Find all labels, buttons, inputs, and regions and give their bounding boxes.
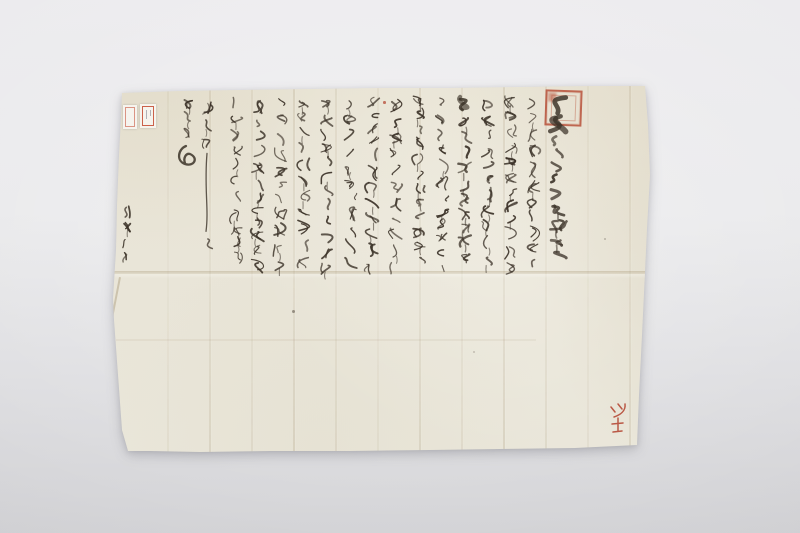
calligraphy-column — [273, 99, 287, 276]
calligraphy-column — [504, 96, 517, 274]
label-text-line — [150, 110, 151, 116]
paper-speck — [473, 351, 475, 353]
paper-crease — [545, 86, 547, 452]
paper-crease — [503, 86, 505, 452]
diagonal-crease — [85, 277, 120, 450]
red-catalog-mark — [611, 404, 625, 432]
horizontal-fold-line — [113, 271, 650, 274]
calligraphy-column — [184, 100, 192, 138]
paper-speck — [292, 310, 295, 313]
paper-crease — [461, 86, 463, 452]
paper-top-tint — [0, 86, 800, 276]
calligraphy-column — [388, 99, 402, 273]
red-seal-stamp — [544, 89, 582, 126]
paper-crease — [335, 86, 337, 452]
calligraphy-column — [202, 102, 213, 248]
label-text-line — [146, 110, 147, 119]
faint-fold-line — [116, 339, 536, 341]
paper-crease — [419, 86, 421, 452]
paper-speck — [383, 101, 386, 104]
calligraphy-column — [527, 99, 540, 267]
archival-label — [140, 104, 156, 128]
paper-crease — [209, 86, 211, 452]
calligraphy-svg — [0, 0, 800, 533]
paper — [0, 0, 800, 533]
kao-monogram — [179, 146, 195, 165]
calligraphy-column — [122, 206, 131, 262]
paper-crease — [377, 86, 379, 452]
paper-crease — [293, 86, 295, 452]
paper-crease — [167, 86, 169, 452]
paper-speck — [604, 238, 606, 240]
calligraphy-column — [436, 98, 449, 271]
calligraphy-column — [230, 98, 243, 264]
photograph-background — [0, 0, 800, 533]
calligraphy-column — [297, 101, 310, 268]
paper-crease — [629, 86, 631, 452]
paper-shadow-wrap — [0, 0, 800, 533]
calligraphy-column — [251, 101, 265, 273]
archival-label — [123, 105, 137, 129]
paper-crease — [251, 86, 253, 452]
calligraphy-column — [344, 101, 357, 268]
calligraphy-column — [481, 100, 493, 272]
calligraphy-column — [321, 101, 333, 279]
paper-crease — [587, 86, 589, 452]
